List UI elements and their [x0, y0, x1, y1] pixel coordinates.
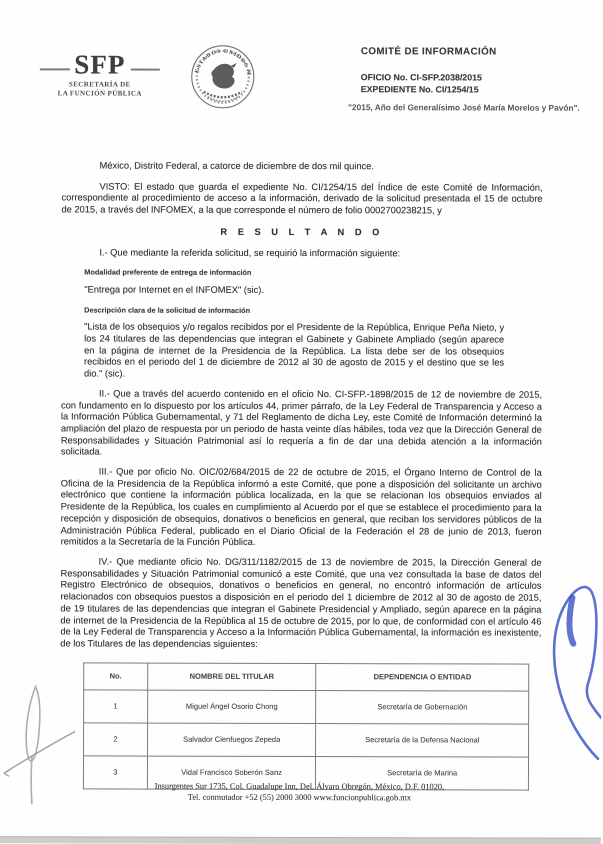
modalidad-quote: "Entrega por Internet en el INFOMEX" (si… — [84, 284, 504, 297]
resultando-heading: R E S U L T A N D O — [61, 226, 542, 239]
resultando-item-iv: IV.- Que mediante oficio No. DG/311/1182… — [60, 556, 541, 651]
logo-rule-right — [130, 69, 160, 71]
seal-eagle-shape — [211, 63, 236, 89]
visto-paragraph: VISTO: El estado que guarda el expedient… — [61, 181, 542, 217]
logo-caption-line1: SECRETARÍA DE — [40, 80, 160, 89]
table-cell: Miguel Ángel Osorio Chong — [147, 690, 316, 723]
logo-caption-line2: LA FUNCIÓN PÚBLICA — [40, 89, 160, 98]
table-cell: Secretaría de la Defensa Nacional — [316, 723, 529, 757]
document-body: México, Distrito Federal, a catorce de d… — [60, 160, 543, 790]
mexico-coat-of-arms-seal-icon: ESTADOS UNIDOS MEXICANOS — [190, 40, 256, 112]
descripcion-label: Descripción clara de la solicitud de inf… — [84, 304, 542, 317]
modalidad-label: Modalidad preferente de entrega de infor… — [84, 267, 542, 280]
sfp-logo: SFP SECRETARÍA DE LA FUNCIÓN PÚBLICA — [40, 51, 160, 97]
table-row: 1Miguel Ángel Osorio ChongSecretaría de … — [84, 690, 529, 724]
resultando-item-i: I.- Que mediante la referida solicitud, … — [61, 247, 542, 260]
table-cell: Salvador Cienfuegos Zepeda — [147, 723, 316, 756]
dependencias-table: No. NOMBRE DEL TITULAR DEPENDENCIA O ENT… — [83, 662, 529, 790]
blue-pen-signature-scribble — [538, 566, 602, 771]
oficio-label: OFICIO No. — [361, 72, 410, 82]
dependencias-table-body: 1Miguel Ángel Osorio ChongSecretaría de … — [83, 690, 528, 790]
scanned-document-page: SFP SECRETARÍA DE LA FUNCIÓN PÚBLICA EST… — [0, 0, 603, 844]
expediente-label: EXPEDIENTE No. — [361, 84, 436, 94]
table-cell: 1 — [84, 690, 148, 723]
page-footer: Insurgentes Sur 1735, Col. Guadalupe Inn… — [0, 780, 601, 804]
table-header-row: No. NOMBRE DEL TITULAR DEPENDENCIA O ENT… — [84, 663, 529, 691]
descripcion-quote: "Lista de los obsequios y/o regalos reci… — [84, 322, 504, 382]
pencil-scribble-mark — [0, 659, 88, 819]
oficio-number-line: OFICIO No. CI-SFP.2038/2015 — [361, 71, 581, 84]
oficio-value: CI-SFP.2038/2015 — [410, 72, 482, 82]
table-cell: Secretaría de Gobernación — [316, 690, 529, 724]
logo-rule-left — [40, 68, 70, 70]
table-row: 2Salvador Cienfuegos ZepedaSecretaría de… — [84, 723, 529, 757]
resultando-item-iii: III.- Que por oficio No. OIC/02/684/2015… — [61, 466, 542, 549]
sfp-acronym: SFP — [69, 51, 130, 77]
scanner-edge-strip — [0, 836, 601, 844]
table-header-dependencia: DEPENDENCIA O ENTIDAD — [316, 663, 529, 691]
expediente-number-line: EXPEDIENTE No. CI/1254/15 — [361, 83, 581, 96]
footer-phone-line: Tel. conmutador +52 (55) 2000 3000 www.f… — [0, 791, 601, 804]
expediente-value: CI/1254/15 — [436, 84, 479, 94]
year-legend: "2015, Año del Generalísimo José María M… — [330, 102, 580, 113]
table-header-no: No. — [84, 663, 148, 690]
table-cell: 2 — [84, 723, 148, 756]
committee-title: COMITÉ DE INFORMACIÓN — [361, 46, 581, 58]
dateline: México, Distrito Federal, a catorce de d… — [62, 160, 543, 173]
resultando-item-ii: II.- Que a través del acuerdo contenido … — [61, 388, 542, 459]
table-header-nombre: NOMBRE DEL TITULAR — [148, 663, 317, 690]
